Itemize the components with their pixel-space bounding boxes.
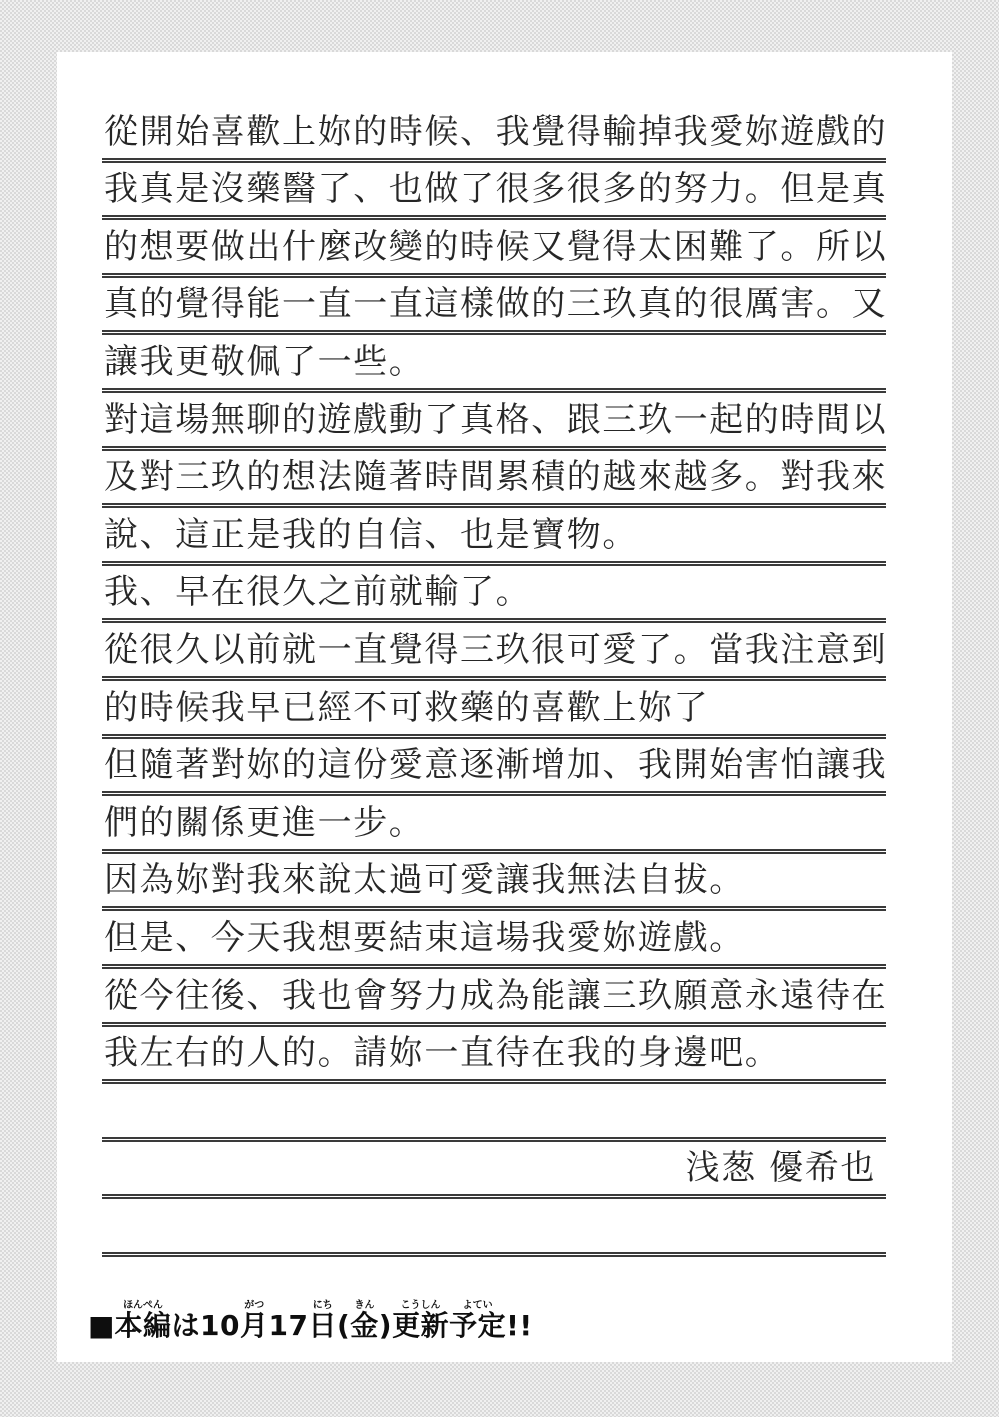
letter-line-text: 因為妳對我來說太過可愛讓我無法自拔。 <box>102 863 745 906</box>
letter-line-text: 的想要做出什麼改變的時候又覺得太困難了。所以 <box>102 230 887 273</box>
manga-letter-page: { "colors": { "paper": "#ffffff", "ink":… <box>0 0 999 1417</box>
footer-furigana: ほんぺん <box>114 1300 171 1311</box>
letter-line-text: 對這場無聊的遊戲動了真格、跟三玖一起的時間以 <box>102 403 887 446</box>
footer-text: 予定 <box>449 1309 506 1342</box>
footer-ruby-segment: 予定よてい <box>449 1309 506 1342</box>
letter-line-text: 從很久以前就一直覺得三玖很可愛了。當我注意到 <box>102 633 887 676</box>
footer-furigana: がつ <box>240 1300 269 1311</box>
letter-line-text: 說、這正是我的自信、也是寶物。 <box>102 518 638 561</box>
update-notice: ■本編ほんぺんは10月がつ17日にち(金きん)更新こうしん予定よてい!! <box>88 1300 533 1342</box>
footer-ruby-segment: 金きん <box>350 1309 379 1342</box>
letter-line-text: 從開始喜歡上妳的時候、我覺得輸掉我愛妳遊戲的 <box>102 115 887 158</box>
letter-line: 我左右的人的。請妳一直待在我的身邊吧。 <box>102 1027 886 1085</box>
letter-line-text: 真的覺得能一直一直這樣做的三玖真的很厲害。又 <box>102 287 887 330</box>
letter-line: 從開始喜歡上妳的時候、我覺得輸掉我愛妳遊戲的 <box>102 105 886 163</box>
letter-line: 的時候我早已經不可救藥的喜歡上妳了 <box>102 681 886 739</box>
letter-line-text: 但隨著對妳的這份愛意逐漸增加、我開始害怕讓我 <box>102 748 887 791</box>
letter-line: 及對三玖的想法隨著時間累積的越來越多。對我來 <box>102 451 886 509</box>
letter-line: 對這場無聊的遊戲動了真格、跟三玖一起的時間以 <box>102 393 886 451</box>
footer-furigana: きん <box>350 1300 379 1311</box>
letter-line-text: 們的關係更進一步。 <box>102 806 424 849</box>
letter-line-text: 我左右的人的。請妳一直待在我的身邊吧。 <box>102 1036 780 1079</box>
signature-line: 浅葱 優希也 <box>102 1142 886 1200</box>
footer-text: 本編 <box>114 1309 171 1342</box>
letter-line: 說、這正是我的自信、也是寶物。 <box>102 508 886 566</box>
letter-line <box>102 1084 886 1142</box>
footer-text: !! <box>506 1309 533 1342</box>
letter-line-text <box>102 1243 104 1252</box>
footer-furigana: こうしん <box>392 1300 449 1311</box>
letter-line: 但隨著對妳的這份愛意逐漸增加、我開始害怕讓我 <box>102 739 886 797</box>
footer-ruby-segment: 月がつ <box>240 1309 269 1342</box>
letter-line-text <box>102 1128 104 1137</box>
signature: 浅葱 優希也 <box>686 1151 886 1194</box>
footer-text: ( <box>337 1309 350 1342</box>
letter-line <box>102 1199 886 1257</box>
footer-ruby-segment: 更新こうしん <box>392 1309 449 1342</box>
letter-line-text: 我真是沒藥醫了、也做了很多很多的努力。但是真 <box>102 172 887 215</box>
footer-ruby-segment: 本編ほんぺん <box>114 1309 171 1342</box>
letter-line: 我真是沒藥醫了、也做了很多很多的努力。但是真 <box>102 163 886 221</box>
letter-line: 從今往後、我也會努力成為能讓三玖願意永遠待在 <box>102 969 886 1027</box>
letter-line-text: 的時候我早已經不可救藥的喜歡上妳了 <box>102 691 709 734</box>
letter-line: 因為妳對我來說太過可愛讓我無法自拔。 <box>102 854 886 912</box>
letter-body: 從開始喜歡上妳的時候、我覺得輸掉我愛妳遊戲的我真是沒藥醫了、也做了很多很多的努力… <box>102 105 886 1257</box>
footer-text: 17 <box>268 1309 308 1342</box>
letter-line-text: 及對三玖的想法隨著時間累積的越來越多。對我來 <box>102 460 887 503</box>
letter-line-text: 我、早在很久之前就輸了。 <box>102 575 531 618</box>
footer-furigana: よてい <box>449 1300 506 1311</box>
footer-text: 月 <box>240 1309 269 1342</box>
letter-line-text: 但是、今天我想要結束這場我愛妳遊戲。 <box>102 921 745 964</box>
letter-line-text: 從今往後、我也會努力成為能讓三玖願意永遠待在 <box>102 979 887 1022</box>
letter-line: 的想要做出什麼改變的時候又覺得太困難了。所以 <box>102 220 886 278</box>
letter-line: 我、早在很久之前就輸了。 <box>102 566 886 624</box>
letter-line: 但是、今天我想要結束這場我愛妳遊戲。 <box>102 911 886 969</box>
footer-text: ) <box>379 1309 392 1342</box>
letter-paper: 從開始喜歡上妳的時候、我覺得輸掉我愛妳遊戲的我真是沒藥醫了、也做了很多很多的努力… <box>57 52 952 1362</box>
letter-line: 讓我更敬佩了一些。 <box>102 335 886 393</box>
letter-line-text: 讓我更敬佩了一些。 <box>102 345 424 388</box>
footer-text: 金 <box>350 1309 379 1342</box>
letter-line: 從很久以前就一直覺得三玖很可愛了。當我注意到 <box>102 623 886 681</box>
letter-line: 們的關係更進一步。 <box>102 796 886 854</box>
footer-text: 日 <box>308 1309 337 1342</box>
footer-furigana: にち <box>308 1300 337 1311</box>
footer-ruby-segment: 日にち <box>308 1309 337 1342</box>
footer-text: は10 <box>171 1309 239 1342</box>
square-bullet-icon: ■ <box>88 1309 114 1342</box>
letter-line: 真的覺得能一直一直這樣做的三玖真的很厲害。又 <box>102 278 886 336</box>
footer-text: 更新 <box>392 1309 449 1342</box>
